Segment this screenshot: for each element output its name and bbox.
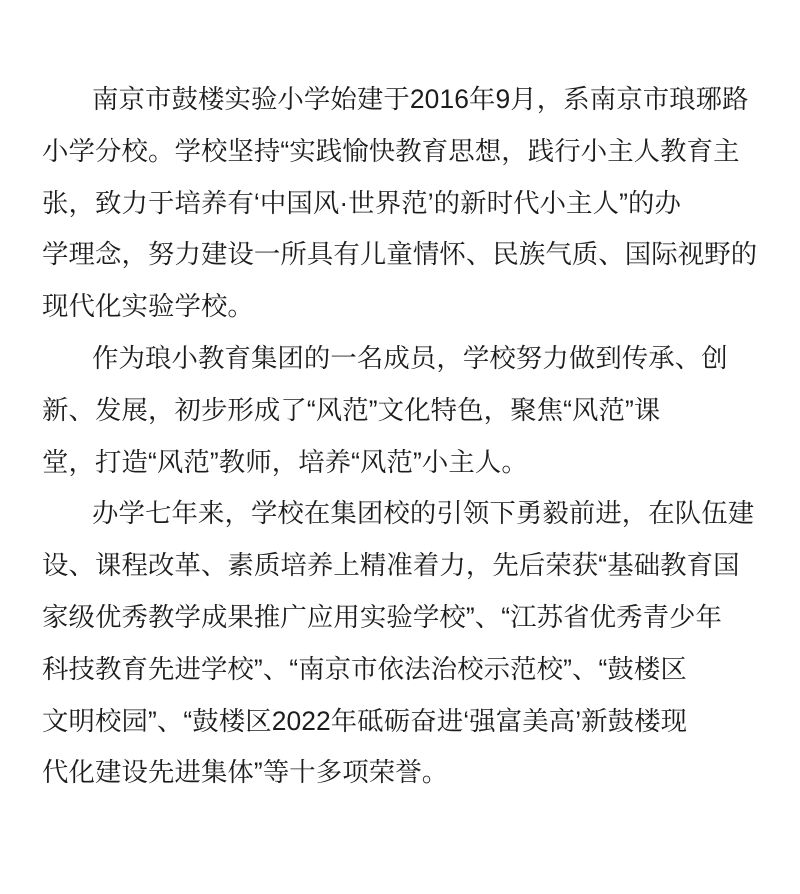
text-line: 张，致力于培养有‘中国风·世界范’的新时代小主人”的办 — [42, 178, 758, 230]
text-line: 学理念，努力建设一所具有儿童情怀、民族气质、国际视野的 — [42, 229, 758, 281]
text-line: 代化建设先进集体”等十多项荣誉。 — [42, 747, 758, 799]
text-line: 科技教育先进学校”、“南京市依法治校示范校”、“鼓楼区 — [42, 644, 758, 696]
paragraph-group-member: 作为琅小教育集团的一名成员，学校努力做到传承、创 新、发展，初步形成了“风范”文… — [42, 333, 758, 488]
text-line: 堂，打造“风范”教师，培养“风范”小主人。 — [42, 437, 758, 489]
text-line: 新、发展，初步形成了“风范”文化特色，聚焦“风范”课 — [42, 385, 758, 437]
document-page: 南京市鼓楼实验小学始建于2016年9月，系南京市琅琊路 小学分校。学校坚持“实践… — [0, 0, 800, 894]
text-line: 现代化实验学校。 — [42, 281, 758, 333]
text-line: 设、课程改革、素质培养上精准着力，先后荣获“基础教育国 — [42, 540, 758, 592]
text-line: 家级优秀教学成果推广应用实验学校”、“江苏省优秀青少年 — [42, 592, 758, 644]
text-line: 作为琅小教育集团的一名成员，学校努力做到传承、创 — [42, 333, 758, 385]
paragraph-honors: 办学七年来，学校在集团校的引领下勇毅前进，在队伍建 设、课程改革、素质培养上精准… — [42, 488, 758, 799]
text-line: 文明校园”、“鼓楼区2022年砥砺奋进‘强富美高’新鼓楼现 — [42, 696, 758, 748]
paragraph-school-intro: 南京市鼓楼实验小学始建于2016年9月，系南京市琅琊路 小学分校。学校坚持“实践… — [42, 74, 758, 333]
text-line: 办学七年来，学校在集团校的引领下勇毅前进，在队伍建 — [42, 488, 758, 540]
text-line: 小学分校。学校坚持“实践愉快教育思想，践行小主人教育主 — [42, 126, 758, 178]
text-line: 南京市鼓楼实验小学始建于2016年9月，系南京市琅琊路 — [42, 74, 758, 126]
